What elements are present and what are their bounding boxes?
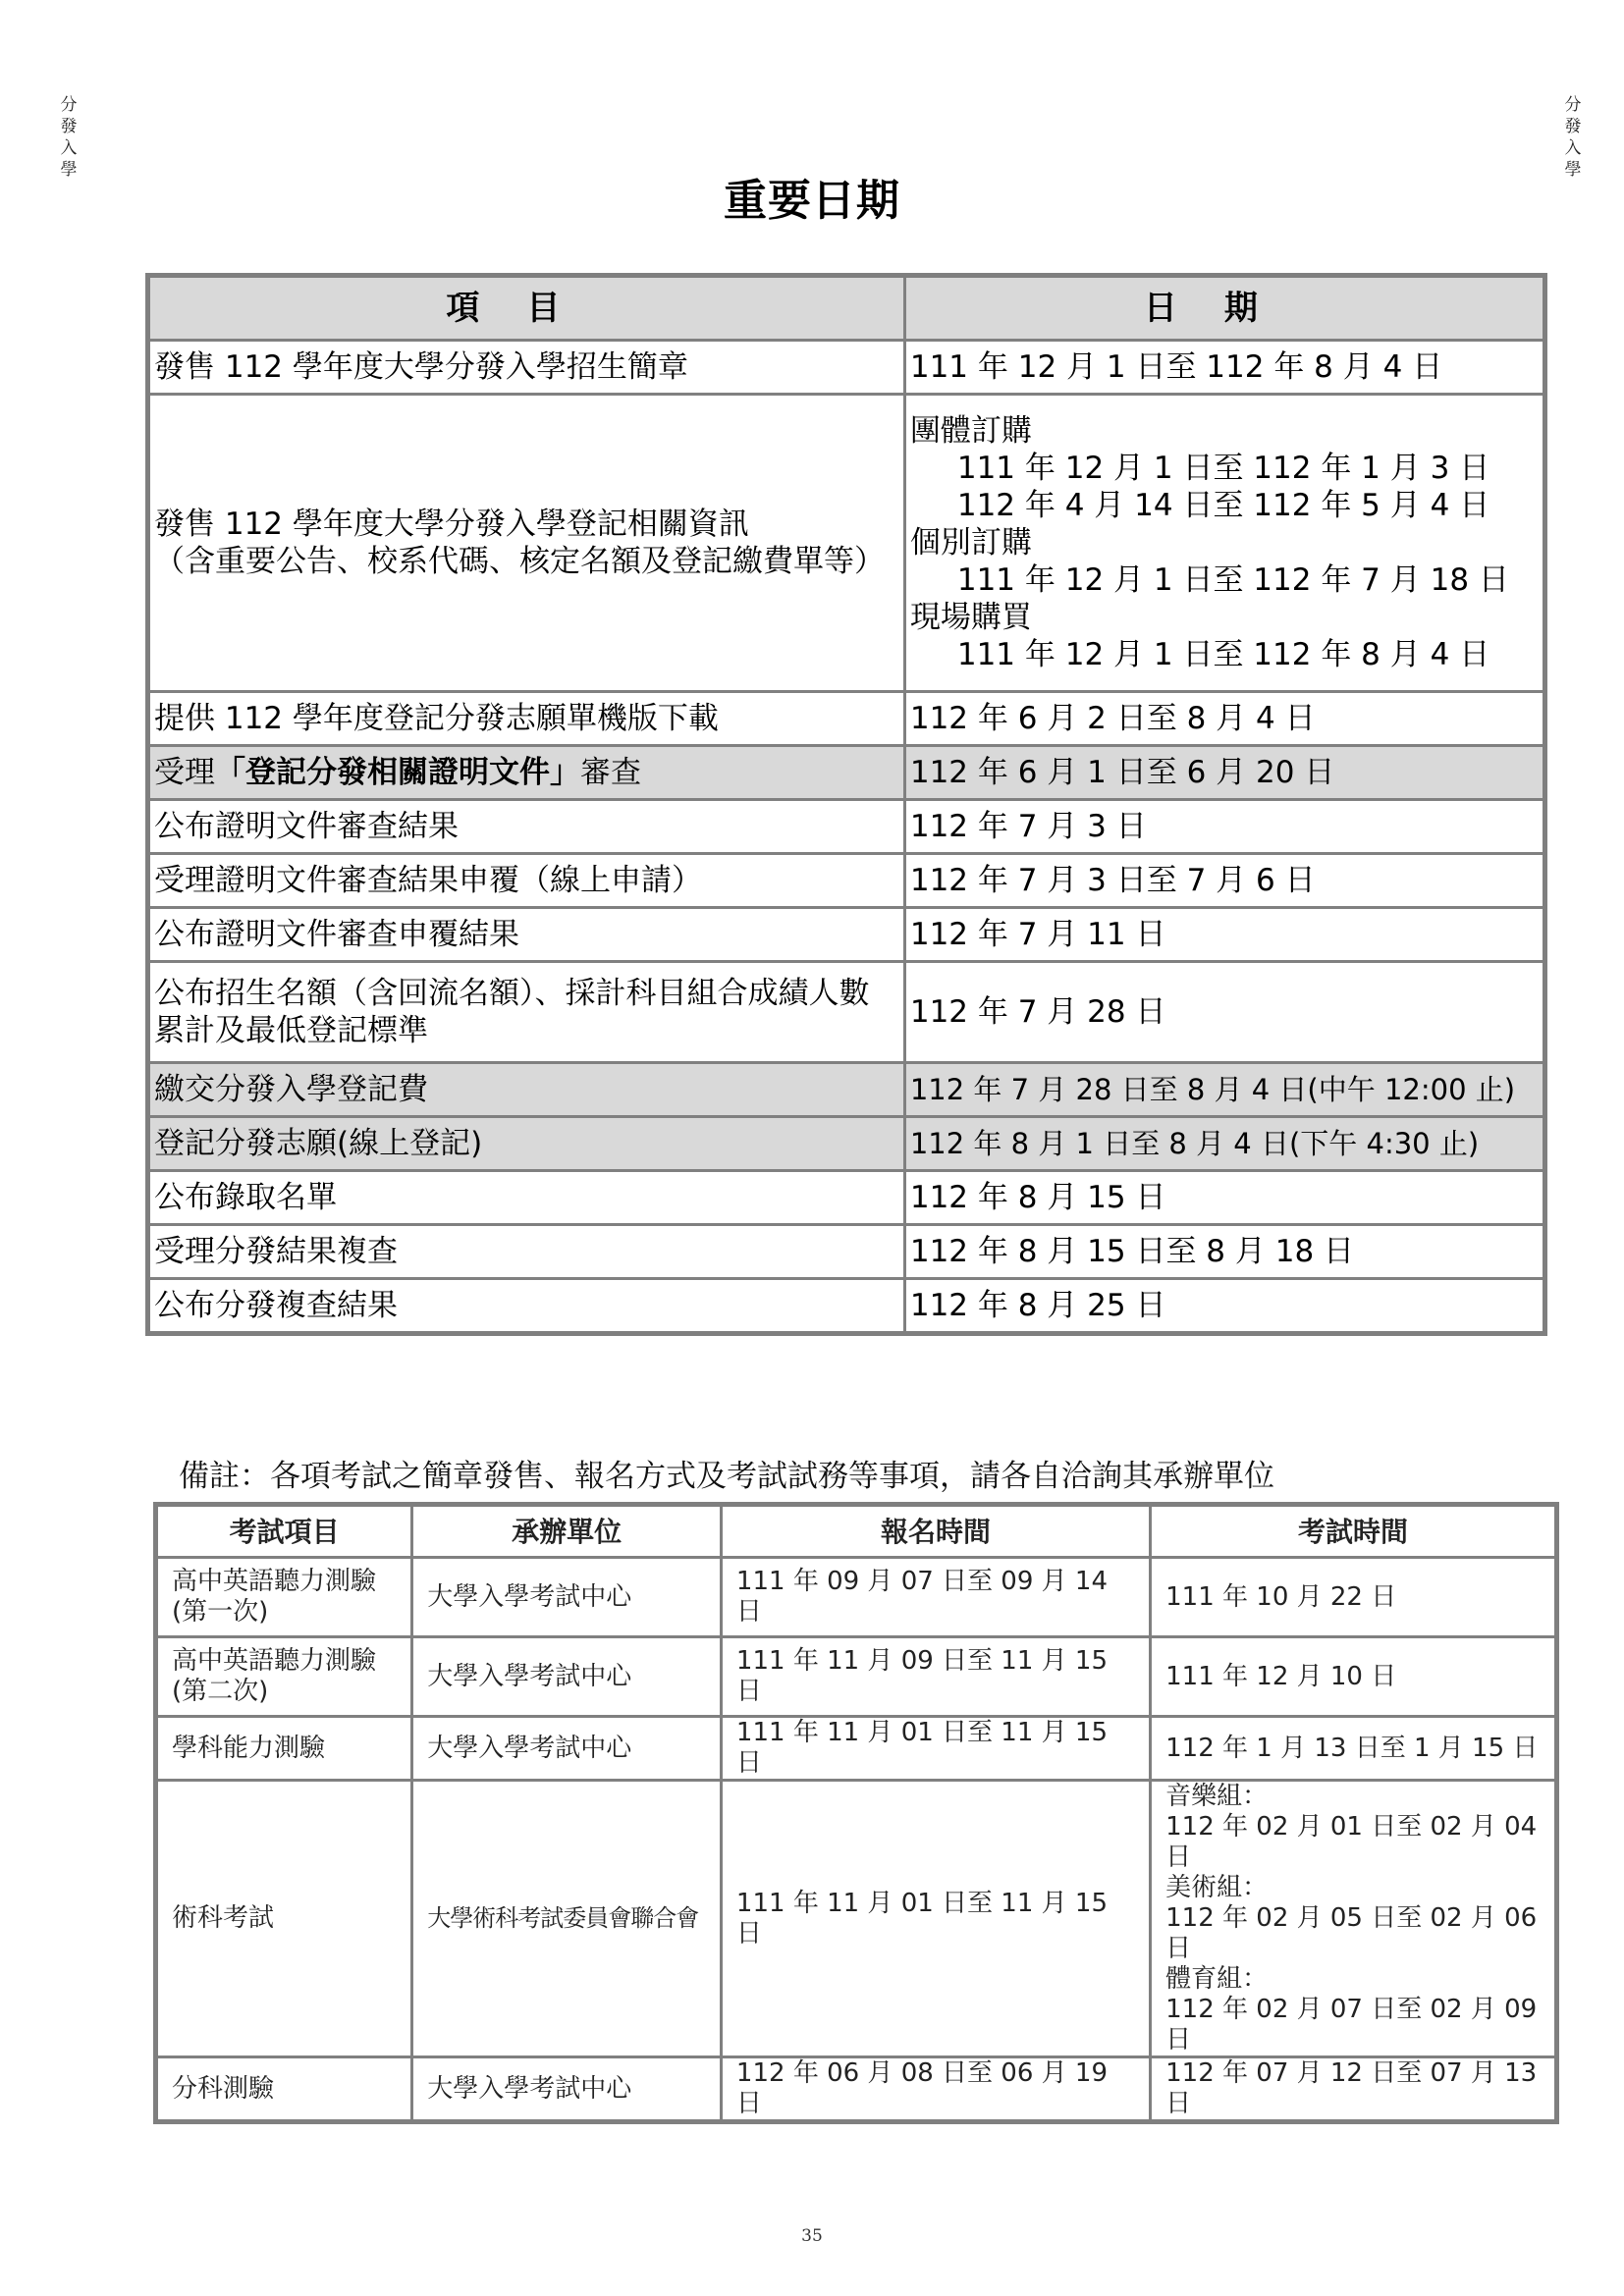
exam-line: (第一次) bbox=[172, 1597, 397, 1628]
group-date: 112 年 02 月 05 日至 02 月 06 日 bbox=[1165, 1903, 1541, 1964]
table-row: 公布證明文件審查申覆結果 112 年 7 月 11 日 bbox=[148, 908, 1545, 962]
exam-line: (第二次) bbox=[172, 1677, 397, 1707]
header-date: 日期 bbox=[904, 276, 1544, 341]
table-row: 分科測驗 大學入學考試中心 112 年 06 月 08 日至 06 月 19 日… bbox=[156, 2057, 1557, 2122]
exam-time-cell: 112 年 07 月 12 日至 07 月 13 日 bbox=[1151, 2057, 1557, 2122]
header-registration: 報名時間 bbox=[721, 1505, 1150, 1558]
table-row: 發售 112 學年度大學分發入學招生簡章 111 年 12 月 1 日至 112… bbox=[148, 341, 1545, 395]
organizer-cell: 大學術科考試委員會聯合會 bbox=[412, 1781, 722, 2057]
table-row: 術科考試 大學術科考試委員會聯合會 111 年 11 月 01 日至 11 月 … bbox=[156, 1781, 1557, 2057]
group-date: 112 年 02 月 01 日至 02 月 04 日 bbox=[1165, 1812, 1541, 1873]
item-cell: 公布錄取名單 bbox=[148, 1171, 905, 1225]
date-cell: 團體訂購 111 年 12 月 1 日至 112 年 1 月 3 日 112 年… bbox=[904, 395, 1544, 692]
registration-cell: 111 年 11 月 09 日至 11 月 15 日 bbox=[721, 1637, 1150, 1717]
item-prefix: 受理 bbox=[154, 755, 215, 790]
date-cell: 111 年 12 月 1 日至 112 年 8 月 4 日 bbox=[904, 341, 1544, 395]
item-cell: 公布證明文件審查結果 bbox=[148, 800, 905, 854]
side-label-char: 分 bbox=[59, 94, 79, 116]
date-cell: 112 年 6 月 2 日至 8 月 4 日 bbox=[904, 692, 1544, 746]
header-item: 項目 bbox=[148, 276, 905, 341]
side-label-char: 分 bbox=[1563, 94, 1583, 116]
item-cell: 發售 112 學年度大學分發入學登記相關資訊 （含重要公告、校系代碼、核定名額及… bbox=[148, 395, 905, 692]
table-row-highlighted: 受理「登記分發相關證明文件」審查 112 年 6 月 1 日至 6 月 20 日 bbox=[148, 746, 1545, 800]
item-cell: 受理「登記分發相關證明文件」審查 bbox=[148, 746, 905, 800]
page-title: 重要日期 bbox=[0, 165, 1624, 228]
organizer-cell: 大學入學考試中心 bbox=[412, 2057, 722, 2122]
group-date: 111 年 12 月 1 日至 112 年 1 月 3 日 bbox=[910, 450, 1539, 487]
date-cell: 112 年 7 月 28 日 bbox=[904, 962, 1544, 1063]
table-row: 受理分發結果複查 112 年 8 月 15 日至 8 月 18 日 bbox=[148, 1225, 1545, 1279]
table-row-highlighted: 繳交分發入學登記費 112 年 7 月 28 日至 8 月 4 日(中午 12:… bbox=[148, 1063, 1545, 1117]
item-line: （含重要公告、校系代碼、核定名額及登記繳費單等） bbox=[154, 543, 899, 580]
exam-time-cell: 112 年 1 月 13 日至 1 月 15 日 bbox=[1151, 1717, 1557, 1781]
item-suffix: 審查 bbox=[580, 755, 641, 790]
header-organizer: 承辦單位 bbox=[412, 1505, 722, 1558]
group-date: 111 年 12 月 1 日至 112 年 7 月 18 日 bbox=[910, 561, 1539, 599]
item-cell: 公布證明文件審查申覆結果 bbox=[148, 908, 905, 962]
table-header-row: 項目 日期 bbox=[148, 276, 1545, 341]
group-label: 音樂組： bbox=[1165, 1782, 1541, 1812]
organizer-cell: 大學入學考試中心 bbox=[412, 1558, 722, 1637]
item-cell: 登記分發志願(線上登記) bbox=[148, 1117, 905, 1171]
exam-schedule-table: 考試項目 承辦單位 報名時間 考試時間 高中英語聽力測驗 (第一次) 大學入學考… bbox=[153, 1502, 1559, 2124]
item-cell: 公布分發複查結果 bbox=[148, 1279, 905, 1334]
page-number: 35 bbox=[0, 2226, 1624, 2246]
exam-line: 高中英語聽力測驗 bbox=[172, 1646, 397, 1677]
exam-cell: 學科能力測驗 bbox=[156, 1717, 412, 1781]
item-cell: 公布招生名額（含回流名額）、採計科目組合成績人數累計及最低登記標準 bbox=[148, 962, 905, 1063]
date-cell: 112 年 8 月 15 日 bbox=[904, 1171, 1544, 1225]
registration-cell: 111 年 11 月 01 日至 11 月 15 日 bbox=[721, 1717, 1150, 1781]
registration-cell: 111 年 09 月 07 日至 09 月 14 日 bbox=[721, 1558, 1150, 1637]
exam-cell: 術科考試 bbox=[156, 1781, 412, 2057]
organizer-cell: 大學入學考試中心 bbox=[412, 1717, 722, 1781]
exam-time-cell: 音樂組： 112 年 02 月 01 日至 02 月 04 日 美術組： 112… bbox=[1151, 1781, 1557, 2057]
group-label: 現場購買 bbox=[910, 599, 1539, 636]
remark-note: 備註：各項考試之簡章發售、報名方式及考試試務等事項，請各自洽詢其承辦單位 bbox=[179, 1451, 1274, 1495]
table-header-row: 考試項目 承辦單位 報名時間 考試時間 bbox=[156, 1505, 1557, 1558]
group-date: 111 年 12 月 1 日至 112 年 8 月 4 日 bbox=[910, 636, 1539, 673]
table-row-highlighted: 登記分發志願(線上登記) 112 年 8 月 1 日至 8 月 4 日(下午 4… bbox=[148, 1117, 1545, 1171]
header-exam: 考試項目 bbox=[156, 1505, 412, 1558]
table-row: 公布證明文件審查結果 112 年 7 月 3 日 bbox=[148, 800, 1545, 854]
group-label: 體育組： bbox=[1165, 1964, 1541, 1995]
table-row: 高中英語聽力測驗 (第一次) 大學入學考試中心 111 年 09 月 07 日至… bbox=[156, 1558, 1557, 1637]
table-row: 學科能力測驗 大學入學考試中心 111 年 11 月 01 日至 11 月 15… bbox=[156, 1717, 1557, 1781]
date-cell: 112 年 6 月 1 日至 6 月 20 日 bbox=[904, 746, 1544, 800]
date-cell: 112 年 8 月 1 日至 8 月 4 日(下午 4:30 止) bbox=[904, 1117, 1544, 1171]
registration-cell: 112 年 06 月 08 日至 06 月 19 日 bbox=[721, 2057, 1150, 2122]
side-label-char: 入 bbox=[1563, 137, 1583, 159]
item-cell: 提供 112 學年度登記分發志願單機版下載 bbox=[148, 692, 905, 746]
exam-line: 高中英語聽力測驗 bbox=[172, 1567, 397, 1597]
important-dates-table: 項目 日期 發售 112 學年度大學分發入學招生簡章 111 年 12 月 1 … bbox=[145, 273, 1547, 1336]
table-row: 提供 112 學年度登記分發志願單機版下載 112 年 6 月 2 日至 8 月… bbox=[148, 692, 1545, 746]
item-line: 發售 112 學年度大學分發入學登記相關資訊 bbox=[154, 506, 899, 543]
organizer-cell: 大學入學考試中心 bbox=[412, 1637, 722, 1717]
group-label: 團體訂購 bbox=[910, 412, 1539, 450]
group-label: 美術組： bbox=[1165, 1873, 1541, 1903]
date-cell: 112 年 8 月 15 日至 8 月 18 日 bbox=[904, 1225, 1544, 1279]
date-cell: 112 年 7 月 11 日 bbox=[904, 908, 1544, 962]
item-cell: 受理證明文件審查結果申覆（線上申請） bbox=[148, 854, 905, 908]
date-cell: 112 年 7 月 28 日至 8 月 4 日(中午 12:00 止) bbox=[904, 1063, 1544, 1117]
header-exam-time: 考試時間 bbox=[1151, 1505, 1557, 1558]
table-row: 公布分發複查結果 112 年 8 月 25 日 bbox=[148, 1279, 1545, 1334]
exam-time-cell: 111 年 10 月 22 日 bbox=[1151, 1558, 1557, 1637]
group-date: 112 年 4 月 14 日至 112 年 5 月 4 日 bbox=[910, 487, 1539, 524]
table-row: 公布招生名額（含回流名額）、採計科目組合成績人數累計及最低登記標準 112 年 … bbox=[148, 962, 1545, 1063]
registration-cell: 111 年 11 月 01 日至 11 月 15 日 bbox=[721, 1781, 1150, 2057]
item-cell: 發售 112 學年度大學分發入學招生簡章 bbox=[148, 341, 905, 395]
side-label-char: 入 bbox=[59, 137, 79, 159]
group-date: 112 年 02 月 07 日至 02 月 09 日 bbox=[1165, 1995, 1541, 2056]
table-row: 發售 112 學年度大學分發入學登記相關資訊 （含重要公告、校系代碼、核定名額及… bbox=[148, 395, 1545, 692]
exam-cell: 高中英語聽力測驗 (第一次) bbox=[156, 1558, 412, 1637]
exam-cell: 高中英語聽力測驗 (第二次) bbox=[156, 1637, 412, 1717]
table-row: 受理證明文件審查結果申覆（線上申請） 112 年 7 月 3 日至 7 月 6 … bbox=[148, 854, 1545, 908]
table-row: 公布錄取名單 112 年 8 月 15 日 bbox=[148, 1171, 1545, 1225]
exam-time-cell: 111 年 12 月 10 日 bbox=[1151, 1637, 1557, 1717]
side-label-char: 發 bbox=[1563, 116, 1583, 137]
table-row: 高中英語聽力測驗 (第二次) 大學入學考試中心 111 年 11 月 09 日至… bbox=[156, 1637, 1557, 1717]
exam-cell: 分科測驗 bbox=[156, 2057, 412, 2122]
item-cell: 繳交分發入學登記費 bbox=[148, 1063, 905, 1117]
item-cell: 受理分發結果複查 bbox=[148, 1225, 905, 1279]
group-label: 個別訂購 bbox=[910, 524, 1539, 561]
side-label-char: 發 bbox=[59, 116, 79, 137]
item-emphasis: 「登記分發相關證明文件」 bbox=[215, 755, 580, 790]
date-cell: 112 年 8 月 25 日 bbox=[904, 1279, 1544, 1334]
date-cell: 112 年 7 月 3 日至 7 月 6 日 bbox=[904, 854, 1544, 908]
date-cell: 112 年 7 月 3 日 bbox=[904, 800, 1544, 854]
